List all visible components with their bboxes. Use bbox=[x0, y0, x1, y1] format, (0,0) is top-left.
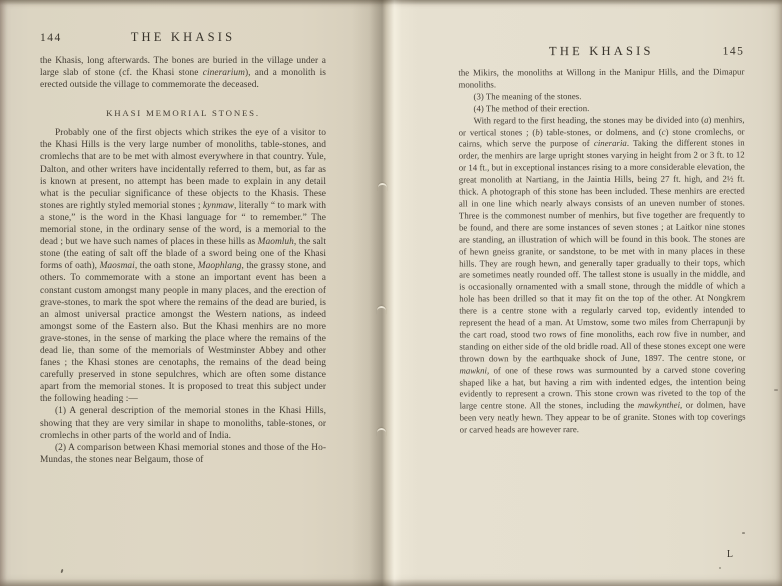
page-145-header: THE KHASIS 145 bbox=[458, 44, 744, 60]
ink-speck bbox=[742, 532, 745, 534]
signature-mark: L bbox=[727, 549, 734, 560]
page-144-text-block: 144 THE KHASIS the Khasis, long afterwar… bbox=[40, 30, 326, 466]
page-145-text-block: THE KHASIS 145 the Mikirs, the monoliths… bbox=[458, 44, 745, 437]
page-number: 145 bbox=[723, 46, 745, 58]
section-heading: KHASI MEMORIAL STONES. bbox=[40, 108, 326, 118]
binding-stitch bbox=[377, 428, 386, 437]
numbered-item-1: (1) A general description of the memoria… bbox=[40, 405, 326, 441]
body-paragraph: Probably one of the first objects which … bbox=[40, 127, 326, 405]
numbered-item-3: (3) The meaning of the stones. bbox=[458, 90, 744, 103]
body-paragraph: With regard to the first heading, the st… bbox=[459, 114, 746, 436]
ink-speck bbox=[774, 389, 778, 391]
page-145: THE KHASIS 145 the Mikirs, the monoliths… bbox=[404, 0, 782, 586]
running-title: THE KHASIS bbox=[549, 44, 654, 59]
page-number: 144 bbox=[40, 32, 62, 44]
ink-speck bbox=[719, 567, 721, 569]
running-title: THE KHASIS bbox=[131, 30, 236, 45]
binding-stitch bbox=[377, 306, 386, 315]
book-scan: 144 THE KHASIS the Khasis, long afterwar… bbox=[0, 0, 782, 586]
page-144: 144 THE KHASIS the Khasis, long afterwar… bbox=[0, 0, 376, 586]
binding-stitch bbox=[378, 183, 387, 192]
numbered-item-2: (2) A comparison between Khasi memorial … bbox=[40, 442, 326, 466]
page-144-header: 144 THE KHASIS bbox=[40, 30, 326, 45]
numbered-item-4: (4) The method of their erection. bbox=[459, 102, 745, 115]
continuation-paragraph: the Mikirs, the monoliths at Willong in … bbox=[458, 67, 744, 92]
continuation-paragraph: the Khasis, long afterwards. The bones a… bbox=[40, 55, 326, 91]
